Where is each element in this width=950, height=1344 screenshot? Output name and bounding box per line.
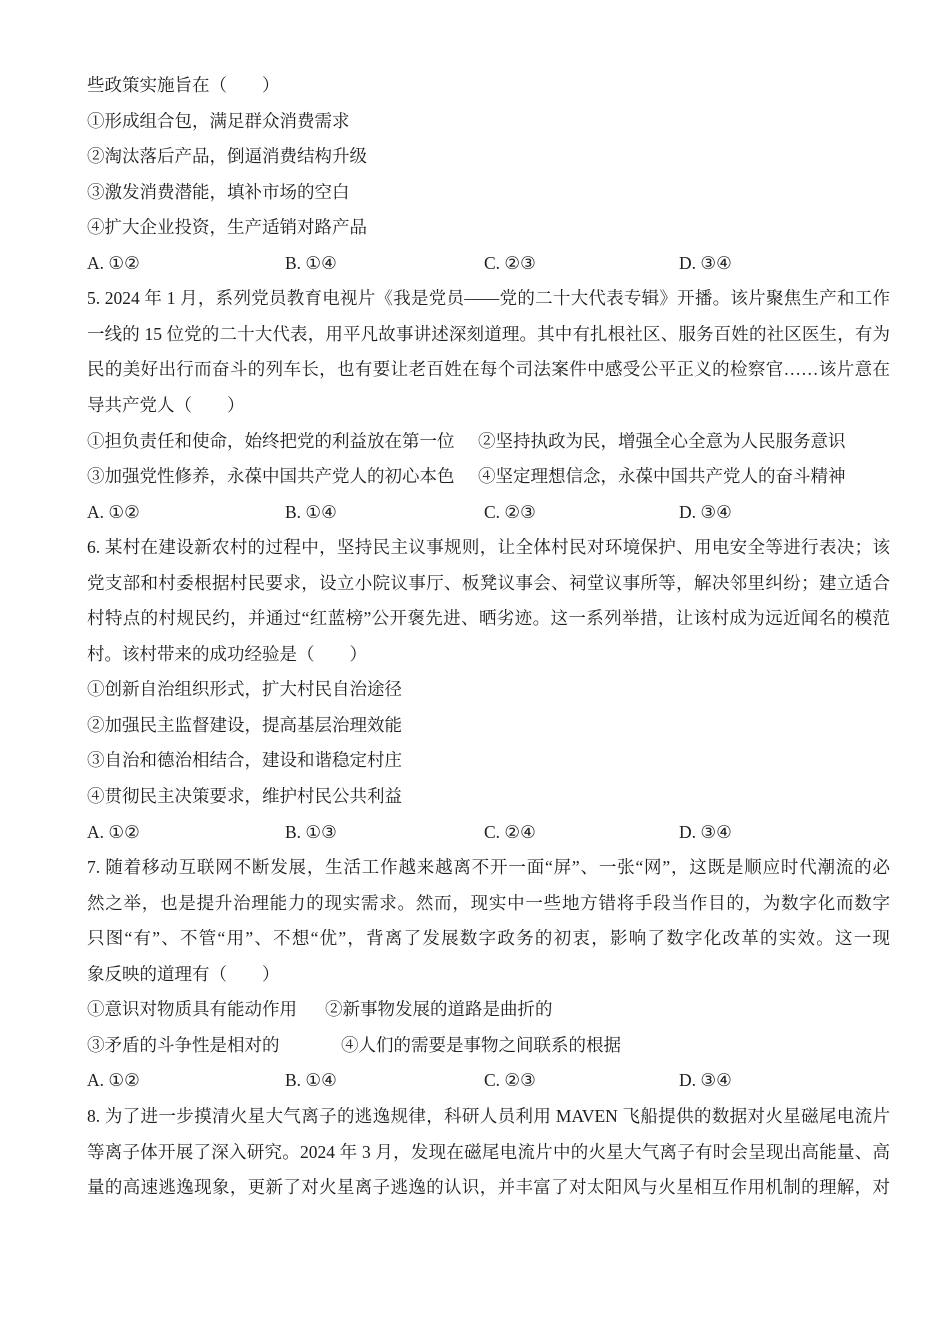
option-pair-row: ③加强党性修养，永葆中国共产党人的初心本色④坚定理想信念，永葆中国共产党人的奋斗… [87, 458, 890, 494]
question-stem-line: 村特点的村规民约，并通过“红蓝榜”公开褒先进、晒劣迹。这一系列举措，让该村成为远… [87, 600, 890, 636]
answer-choice: D. ③④ [679, 814, 732, 850]
option-item: ④坚定理想信念，永葆中国共产党人的奋斗精神 [478, 458, 846, 494]
question-stem-line: 5. 2024 年 1 月，系列党员教育电视片《我是党员——党的二十大代表专辑》… [87, 280, 890, 316]
answer-choice: C. ②④ [484, 814, 536, 850]
option-item: ②新事物发展的道路是曲折的 [325, 991, 553, 1027]
answer-choice: A. ①② [87, 1062, 140, 1098]
answer-choice: A. ①② [87, 494, 140, 530]
option-item: ③加强党性修养，永葆中国共产党人的初心本色 [87, 458, 455, 494]
answer-choices-row: A. ①②B. ①④C. ②③D. ③④ [87, 245, 890, 281]
question-stem-line: 量的高速逃逸现象，更新了对火星离子逃逸的认识，并丰富了对太阳风与火星相互作用机制… [87, 1169, 890, 1205]
answer-choices-row: A. ①②B. ①③C. ②④D. ③④ [87, 814, 890, 850]
option-item: ③自治和德治相结合，建设和谐稳定村庄 [87, 742, 890, 778]
exam-document-page: 些政策实施旨在（ ）①形成组合包，满足群众消费需求②淘汰落后产品，倒逼消费结构升… [0, 0, 950, 1344]
question-stem-line: 一线的 15 位党的二十大代表，用平凡故事讲述深刻道理。其中有扎根社区、服务百姓… [87, 316, 890, 352]
option-pair-row: ①意识对物质具有能动作用②新事物发展的道路是曲折的 [87, 991, 890, 1027]
question-stem-line: 只图“有”、不管“用”、不想“优”，背离了发展数字政务的初衷，影响了数字化改革的… [87, 920, 890, 956]
answer-choice: B. ①④ [285, 494, 337, 530]
answer-choice: B. ①③ [285, 814, 337, 850]
answer-choice: D. ③④ [679, 245, 732, 281]
answer-choice: B. ①④ [285, 245, 337, 281]
option-item: ②坚持执政为民，增强全心全意为人民服务意识 [478, 423, 846, 459]
question-stem-line: 8. 为了进一步摸清火星大气离子的逃逸规律，科研人员利用 MAVEN 飞船提供的… [87, 1098, 890, 1134]
option-item: ①创新自治组织形式，扩大村民自治途径 [87, 671, 890, 707]
answer-choices-row: A. ①②B. ①④C. ②③D. ③④ [87, 1062, 890, 1098]
question-stem-line: 党支部和村委根据村民要求，设立小院议事厅、板凳议事会、祠堂议事所等，解决邻里纠纷… [87, 565, 890, 601]
option-item: ③激发消费潜能，填补市场的空白 [87, 174, 890, 210]
question-stem-line: 村。该村带来的成功经验是（ ） [87, 636, 890, 672]
option-item: ①担负责任和使命，始终把党的利益放在第一位 [87, 423, 455, 459]
answer-choice: C. ②③ [484, 494, 536, 530]
option-item: ②加强民主监督建设，提高基层治理效能 [87, 707, 890, 743]
answer-choice: A. ①② [87, 245, 140, 281]
answer-choice: D. ③④ [679, 1062, 732, 1098]
answer-choice: C. ②③ [484, 1062, 536, 1098]
question-stem-line: 些政策实施旨在（ ） [87, 67, 890, 103]
question-stem-line: 导共产党人（ ） [87, 387, 890, 423]
question-stem-line: 象反映的道理有（ ） [87, 956, 890, 992]
answer-choice: A. ①② [87, 814, 140, 850]
option-item: ④贯彻民主决策要求，维护村民公共利益 [87, 778, 890, 814]
option-item: ④人们的需要是事物之间联系的根据 [341, 1027, 621, 1063]
option-item: ④扩大企业投资，生产适销对路产品 [87, 209, 890, 245]
answer-choices-row: A. ①②B. ①④C. ②③D. ③④ [87, 494, 890, 530]
option-item: ①形成组合包，满足群众消费需求 [87, 103, 890, 139]
option-item: ②淘汰落后产品，倒逼消费结构升级 [87, 138, 890, 174]
option-pair-row: ①担负责任和使命，始终把党的利益放在第一位②坚持执政为民，增强全心全意为人民服务… [87, 423, 890, 459]
question-stem-line: 等离子体开展了深入研究。2024 年 3 月，发现在磁尾电流片中的火星大气离子有… [87, 1134, 890, 1170]
question-stem-line: 民的美好出行而奋斗的列车长，也有要让老百姓在每个司法案件中感受公平正义的检察官…… [87, 351, 890, 387]
answer-choice: C. ②③ [484, 245, 536, 281]
question-stem-line: 7. 随着移动互联网不断发展，生活工作越来越离不开一面“屏”、一张“网”，这既是… [87, 849, 890, 885]
question-stem-line: 然之举，也是提升治理能力的现实需求。然而，现实中一些地方错将手段当作目的，为数字… [87, 885, 890, 921]
option-item: ①意识对物质具有能动作用 [87, 991, 297, 1027]
question-stem-line: 6. 某村在建设新农村的过程中，坚持民主议事规则，让全体村民对环境保护、用电安全… [87, 529, 890, 565]
answer-choice: B. ①④ [285, 1062, 337, 1098]
option-pair-row: ③矛盾的斗争性是相对的④人们的需要是事物之间联系的根据 [87, 1027, 890, 1063]
exam-text-layer: 些政策实施旨在（ ）①形成组合包，满足群众消费需求②淘汰落后产品，倒逼消费结构升… [0, 0, 950, 1344]
answer-choice: D. ③④ [679, 494, 732, 530]
option-item: ③矛盾的斗争性是相对的 [87, 1027, 280, 1063]
